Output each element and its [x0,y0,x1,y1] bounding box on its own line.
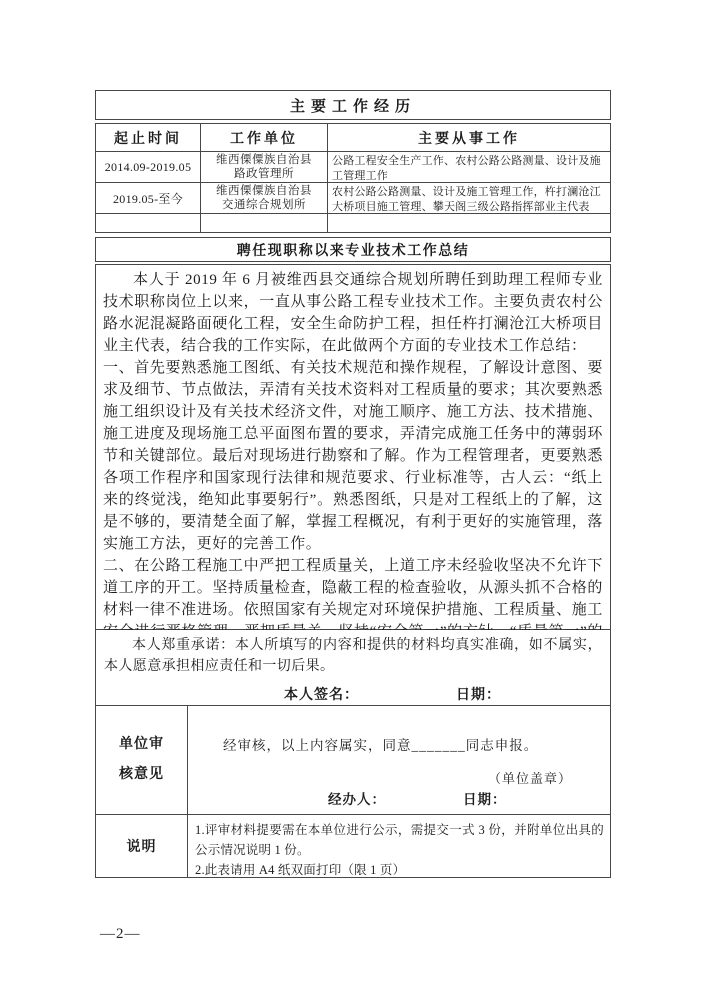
unit-review-content: 经审核，以上内容属实，同意_______同志申报。 （单位盖章） 经办人： 日期… [188,706,610,814]
work-history-table: 起止时间 工作单位 主要从事工作 2014.09-2019.05 维西傈僳族自治… [95,123,611,233]
column-header-period: 起止时间 [96,124,201,152]
signature-label: 本人签名： [284,684,359,704]
work-history-title: 主要工作经历 [95,90,611,120]
document-page: 主要工作经历 起止时间 工作单位 主要从事工作 2014.09-2019.05 … [0,0,706,1000]
table-cell-empty [201,214,328,232]
page-number: —2— [100,926,141,943]
column-header-duties: 主要从事工作 [328,124,610,152]
summary-body: 本人于 2019 年 6 月被维西县交通综合规划所聘任到助理工程师专业技术职称岗… [95,264,611,630]
table-cell-period: 2014.09-2019.05 [96,152,201,183]
review-statement: 经审核，以上内容属实，同意_______同志申报。 [223,734,538,754]
agent-label: 经办人： [328,788,386,808]
table-cell-period: 2019.05-至今 [96,183,201,214]
note-item: 1.评审材料提要需在本单位进行公示，需提交一式 3 份，并附单位出具的公示情况说… [195,820,604,860]
notes-label: 说明 [96,815,188,877]
signature-date-label: 日期： [456,684,501,704]
summary-section-title: 聘任现职称以来专业技术工作总结 [95,237,611,262]
commitment-text: 本人郑重承诺：本人所填写的内容和提供的材料均真实准确，如不属实，本人愿意承担相应… [96,630,610,677]
unit-review-section: 单位审 核意见 经审核，以上内容属实，同意_______同志申报。 （单位盖章）… [95,706,611,815]
commitment-section: 本人郑重承诺：本人所填写的内容和提供的材料均真实准确，如不属实，本人愿意承担相应… [95,630,611,706]
unit-review-label: 单位审 核意见 [96,706,188,814]
review-date-label: 日期： [463,788,507,808]
summary-paragraph: 一、首先要熟悉施工图纸、有关技术规范和操作规程，了解设计意图、要求及细节、节点做… [103,357,603,555]
table-cell-empty [328,214,610,232]
notes-content: 1.评审材料提要需在本单位进行公示，需提交一式 3 份，并附单位出具的公示情况说… [188,815,610,877]
table-cell-empty [96,214,201,232]
table-cell-unit: 维西傈僳族自治县 路政管理所 [201,152,328,183]
unit-seal-label: （单位盖章） [488,768,572,787]
table-cell-duties: 公路工程安全生产工作、农村公路公路测量、设计及施工管理工作 [328,152,610,183]
table-cell-duties: 农村公路公路测量、设计及施工管理工作，杵打澜沧江大桥项目施工管理、攀天阁三级公路… [328,183,610,214]
work-history-title-text: 主要工作经历 [290,95,416,116]
column-header-unit: 工作单位 [201,124,328,152]
note-item: 2.此表请用 A4 纸双面打印（限 1 页） [195,860,604,880]
summary-paragraph: 本人于 2019 年 6 月被维西县交通综合规划所聘任到助理工程师专业技术职称岗… [103,269,603,357]
notes-section: 说明 1.评审材料提要需在本单位进行公示，需提交一式 3 份，并附单位出具的公示… [95,815,611,878]
table-cell-unit: 维西傈僳族自治县 交通综合规划所 [201,183,328,214]
summary-title-text: 聘任现职称以来专业技术工作总结 [237,240,470,260]
